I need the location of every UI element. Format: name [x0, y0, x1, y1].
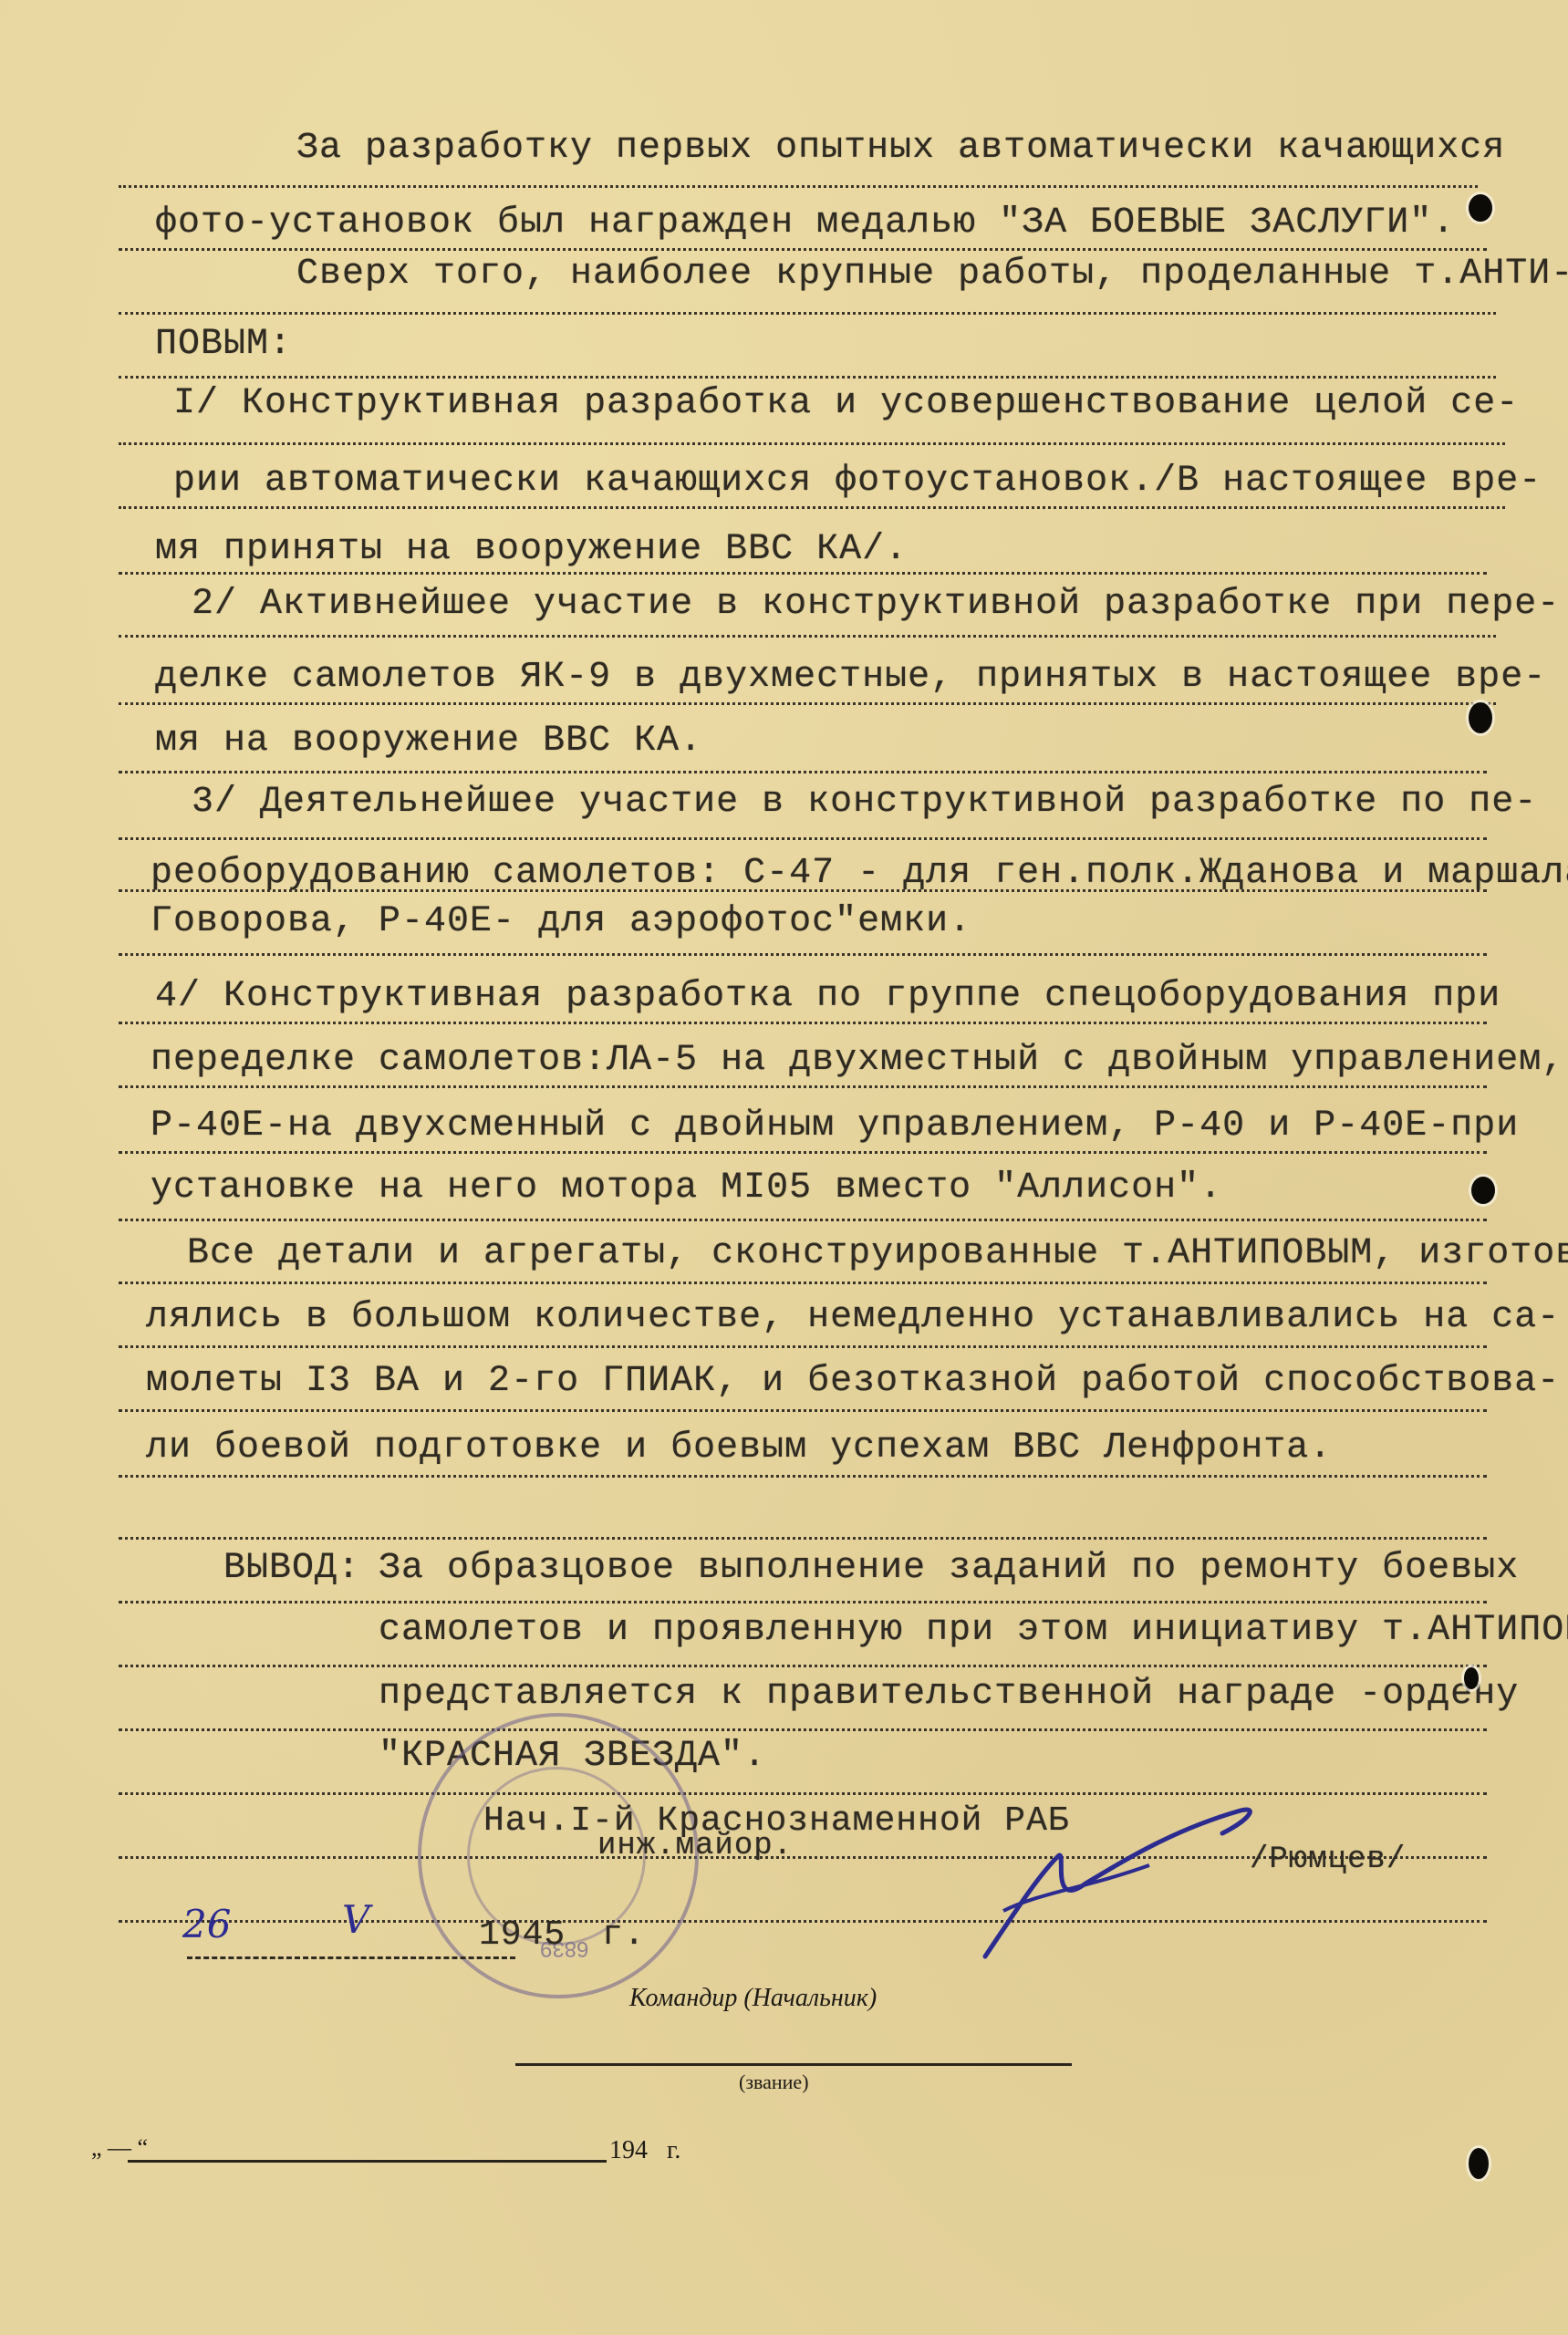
ruled-line [119, 185, 1478, 188]
ruled-line [119, 248, 1487, 251]
ruled-line [119, 837, 1487, 840]
ruled-line [119, 572, 1487, 575]
date-month: V [342, 1897, 369, 1942]
ruled-line [119, 1151, 1487, 1154]
item-3-line-2: реоборудованию самолетов: С-47 - для ген… [151, 853, 1568, 894]
date-day: 26 [182, 1902, 231, 1946]
ruled-line [119, 953, 1487, 956]
details-line-1: Все детали и агрегаты, сконструированные… [187, 1233, 1568, 1274]
ruled-line [119, 702, 1496, 705]
ruled-line [119, 771, 1487, 773]
rank-line [515, 2063, 1072, 2066]
ruled-line [119, 1345, 1487, 1348]
item-3-line-3: Говорова, Р-40Е- для аэрофотос"емки. [151, 901, 971, 942]
item-2-line-1: 2/ Активнейшее участие в конструктивной … [192, 584, 1560, 625]
ruled-line [119, 1409, 1487, 1412]
form-date-quote: „ — “ [91, 2134, 148, 2162]
punch-hole [1469, 702, 1492, 733]
item-2-line-2: делке самолетов ЯК-9 в двухместные, прин… [155, 657, 1546, 698]
item-4-line-4: установке на него мотора МI05 вместо "Ал… [151, 1167, 1222, 1209]
details-line-2: лялись в большом количестве, немедленно … [146, 1297, 1560, 1338]
ruled-line [119, 506, 1505, 509]
ruled-line [119, 1219, 1487, 1221]
ruled-line [119, 312, 1496, 315]
date-year-suffix: г. [602, 1915, 646, 1955]
signatory-rank: инж.майор. [597, 1829, 793, 1863]
ruled-line [119, 1022, 1487, 1024]
item-4-line-1: 4/ Конструктивная разработка по группе с… [155, 976, 1501, 1017]
item-4-line-2: переделке самолетов:ЛА-5 на двухместный … [151, 1040, 1564, 1081]
commander-label: Командир (Начальник) [629, 1984, 877, 2013]
item-1-line-2: рии автоматически качающихся фотоустанов… [173, 461, 1542, 502]
intro-line-3: Сверх того, наиболее крупные работы, про… [296, 254, 1568, 295]
form-date-year: 194 г. [609, 2136, 680, 2165]
ruled-line [119, 1601, 1487, 1603]
details-line-4: ли боевой подготовке и боевым успехам ВВ… [146, 1427, 1332, 1468]
ruled-line [119, 1475, 1487, 1478]
details-line-3: молеты I3 ВА и 2-го ГПИАК, и безотказной… [146, 1361, 1560, 1402]
intro-line-1: За разработку первых опытных автоматичес… [296, 128, 1505, 169]
punch-hole [1464, 1667, 1479, 1689]
date-year: 1945 [479, 1915, 566, 1955]
conclusion-label: ВЫВОД: [223, 1548, 360, 1589]
item-4-line-3: Р-40Е-на двухсменный с двойным управлени… [151, 1105, 1519, 1147]
punch-hole [1469, 2148, 1489, 2179]
ruled-line [119, 442, 1505, 445]
item-1-line-1: I/ Конструктивная разработка и усовершен… [173, 383, 1519, 424]
ruled-line [119, 376, 1496, 379]
ruled-line [119, 1665, 1487, 1667]
conclusion-line-3: представляется к правительственной награ… [379, 1674, 1519, 1715]
ruled-line [119, 1728, 1487, 1731]
intro-line-4: ПОВЫМ: [155, 324, 292, 365]
conclusion-line-1: За образцовое выполнение заданий по ремо… [379, 1548, 1519, 1589]
ruled-line [119, 635, 1496, 638]
intro-line-2: фото-установок был награжден медалью "ЗА… [155, 202, 1455, 244]
punch-hole [1471, 1177, 1495, 1204]
handwritten-signature [967, 1801, 1332, 1966]
date-underline [187, 1956, 515, 1959]
form-date-line [128, 2160, 607, 2163]
item-1-line-3: мя приняты на вооружение ВВС КА/. [155, 529, 908, 570]
rank-label: (звание) [739, 2070, 809, 2094]
punch-hole [1469, 194, 1492, 222]
ruled-line [119, 1792, 1487, 1795]
conclusion-line-2: самолетов и проявленную при этом инициат… [379, 1610, 1568, 1651]
item-3-line-1: 3/ Деятельнейшее участие в конструктивно… [192, 782, 1537, 823]
item-2-line-3: мя на вооружение ВВС КА. [155, 721, 702, 762]
ruled-line [119, 1537, 1487, 1540]
ruled-line [119, 1085, 1487, 1088]
ruled-line [119, 1282, 1487, 1284]
